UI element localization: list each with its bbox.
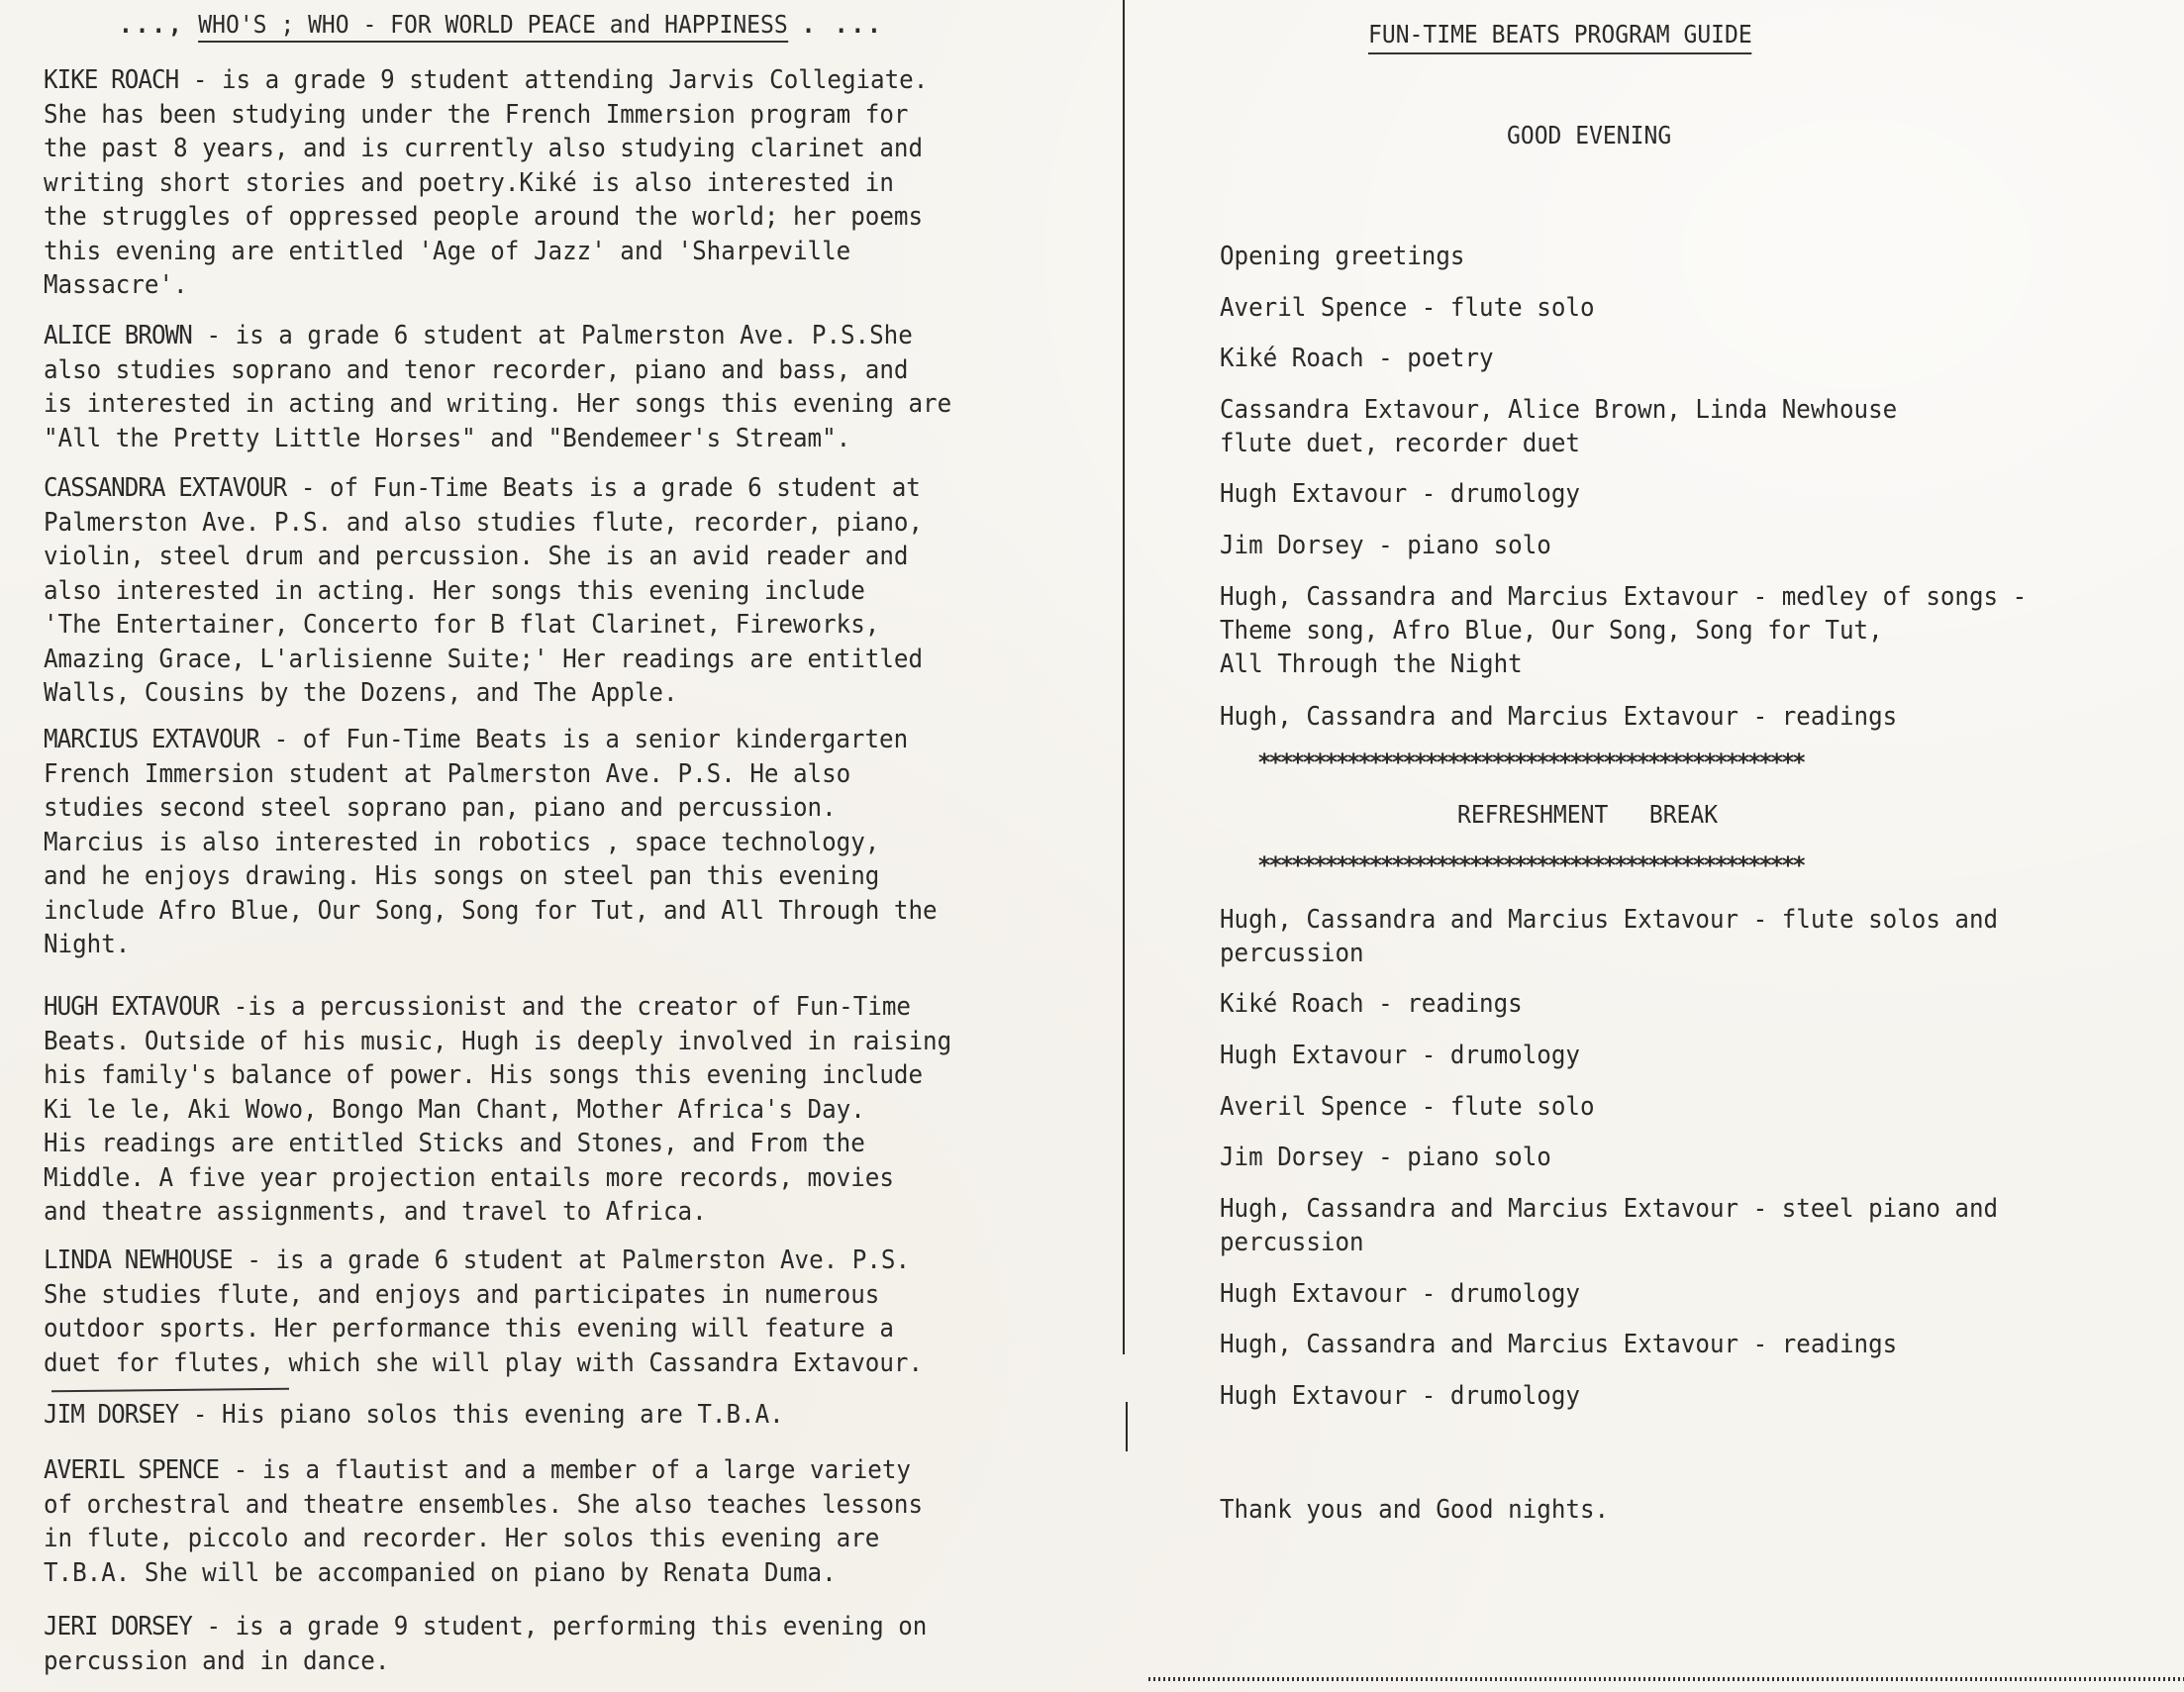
program-item: Hugh Extavour - drumology: [1220, 1039, 2140, 1072]
bio-kike-roach: KIKE ROACH - is a grade 9 student attend…: [44, 63, 1047, 303]
program-item: Hugh, Cassandra and Marcius Extavour - r…: [1220, 1328, 2140, 1361]
program-item: Hugh Extavour - drumology: [1220, 1277, 2140, 1311]
bio-name: ALICE BROWN: [44, 321, 192, 350]
program-item: Averil Spence - flute solo: [1220, 1090, 2140, 1124]
title-suffix-dots: . ...: [802, 10, 884, 39]
bio-text: - of Fun-Time Beats is a senior kinderga…: [44, 725, 938, 959]
bio-cassandra-extavour: CASSANDRA EXTAVOUR - of Fun-Time Beats i…: [44, 471, 1047, 711]
program-item: Hugh, Cassandra and Marcius Extavour - r…: [1220, 700, 2140, 734]
bio-text: -is a percussionist and the creator of F…: [44, 992, 951, 1227]
bio-name: HUGH EXTAVOUR: [44, 992, 219, 1022]
stars-divider-top: ****************************************…: [1257, 748, 1803, 776]
program-item: Cassandra Extavour, Alice Brown, Linda N…: [1220, 393, 2140, 460]
bio-name: CASSANDRA EXTAVOUR: [44, 473, 286, 503]
bio-name: JERI DORSEY: [44, 1612, 192, 1642]
bottom-perforation-rule: [1148, 1677, 2184, 1681]
program-item: Jim Dorsey - piano solo: [1220, 529, 2140, 562]
program-item: Hugh, Cassandra and Marcius Extavour - f…: [1220, 903, 2140, 970]
program-item: Hugh, Cassandra and Marcius Extavour - s…: [1220, 1192, 2140, 1259]
title-prefix-dots: ...,: [119, 10, 184, 39]
bio-name: JIM DORSEY: [44, 1400, 178, 1430]
bio-text: - of Fun-Time Beats is a grade 6 student…: [44, 473, 923, 708]
program-item: Averil Spence - flute solo: [1220, 291, 2140, 325]
bio-name: LINDA NEWHOUSE: [44, 1245, 233, 1275]
column-divider: [1123, 0, 1125, 1354]
refreshment-break-label: REFRESHMENT BREAK: [1457, 800, 1718, 829]
whos-who-title: ..., WHO'S ; WHO - FOR WORLD PEACE and H…: [119, 10, 1030, 39]
program-item: Hugh Extavour - drumology: [1220, 1379, 2140, 1413]
bio-jim-dorsey: JIM DORSEY - His piano solos this evenin…: [44, 1398, 1047, 1433]
closing-line: Thank yous and Good nights.: [1220, 1495, 1609, 1525]
program-item: Hugh Extavour - drumology: [1220, 477, 2140, 511]
bio-marcius-extavour: MARCIUS EXTAVOUR - of Fun-Time Beats is …: [44, 723, 1047, 962]
bio-linda-newhouse: LINDA NEWHOUSE - is a grade 6 student at…: [44, 1244, 1047, 1380]
program-item: Jim Dorsey - piano solo: [1220, 1141, 2140, 1174]
program-item: Opening greetings: [1220, 240, 2140, 273]
program-item: Hugh, Cassandra and Marcius Extavour - m…: [1220, 580, 2140, 681]
stars-divider-bottom: ****************************************…: [1257, 851, 1803, 879]
program-item: Kiké Roach - poetry: [1220, 342, 2140, 375]
program-item: Kiké Roach - readings: [1220, 987, 2140, 1021]
bio-hugh-extavour: HUGH EXTAVOUR -is a percussionist and th…: [44, 990, 1047, 1230]
bio-name: KIKE ROACH: [44, 65, 178, 95]
whos-who-heading: WHO'S ; WHO - FOR WORLD PEACE and HAPPIN…: [198, 10, 787, 43]
bio-averil-spence: AVERIL SPENCE - is a flautist and a memb…: [44, 1453, 1047, 1590]
bio-jeri-dorsey: JERI DORSEY - is a grade 9 student, perf…: [44, 1610, 1047, 1678]
bio-name: MARCIUS EXTAVOUR: [44, 725, 259, 754]
column-divider-segment: [1126, 1402, 1128, 1451]
bio-text: - His piano solos this evening are T.B.A…: [178, 1400, 783, 1430]
program-guide-title: FUN-TIME BEATS PROGRAM GUIDE: [1368, 20, 1752, 54]
bio-alice-brown: ALICE BROWN - is a grade 6 student at Pa…: [44, 319, 1047, 455]
greeting-heading: GOOD EVENING: [1507, 121, 1671, 149]
bio-name: AVERIL SPENCE: [44, 1455, 219, 1485]
bio-text: - is a grade 9 student attending Jarvis …: [44, 65, 928, 300]
